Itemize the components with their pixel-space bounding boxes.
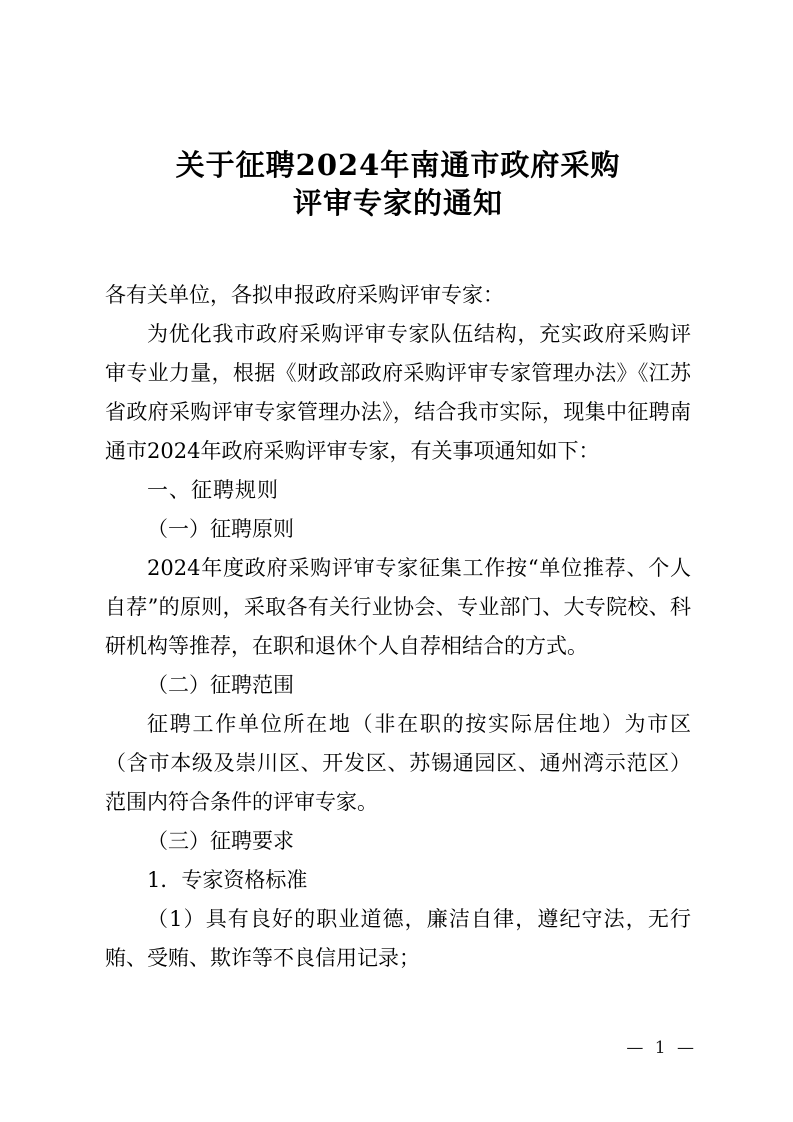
document-body: 各有关单位，各拟申报政府采购评审专家： 为优化我市政府采购评审专家队伍结构，充实… [105, 276, 691, 978]
title-line-2: 评审专家的通知 [105, 184, 691, 222]
section-1-1-heading: （一）征聘原则 [105, 510, 691, 549]
item-1-point-1: （1）具有良好的职业道德，廉洁自律，遵纪守法，无行贿、受贿、欺诈等不良信用记录； [105, 900, 691, 978]
intro-paragraph: 为优化我市政府采购评审专家队伍结构，充实政府采购评审专业力量，根据《财政部政府采… [105, 315, 691, 471]
section-1-2-paragraph: 征聘工作单位所在地（非在职的按实际居住地）为市区（含市本级及崇川区、开发区、苏锡… [105, 705, 691, 822]
page-number: — 1 — [626, 1038, 697, 1058]
title-line-1: 关于征聘2024年南通市政府采购 [105, 146, 691, 184]
section-1-2-heading: （二）征聘范围 [105, 666, 691, 705]
section-1-3-heading: （三）征聘要求 [105, 822, 691, 861]
item-1-heading: 1．专家资格标准 [105, 861, 691, 900]
document-page: 关于征聘2024年南通市政府采购 评审专家的通知 各有关单位，各拟申报政府采购评… [0, 0, 793, 1122]
salutation-line: 各有关单位，各拟申报政府采购评审专家： [105, 276, 691, 315]
section-1-heading: 一、征聘规则 [105, 471, 691, 510]
section-1-1-paragraph: 2024年度政府采购评审专家征集工作按“单位推荐、个人自荐”的原则，采取各有关行… [105, 549, 691, 666]
document-content: 关于征聘2024年南通市政府采购 评审专家的通知 各有关单位，各拟申报政府采购评… [105, 146, 691, 978]
document-title: 关于征聘2024年南通市政府采购 评审专家的通知 [105, 146, 691, 222]
